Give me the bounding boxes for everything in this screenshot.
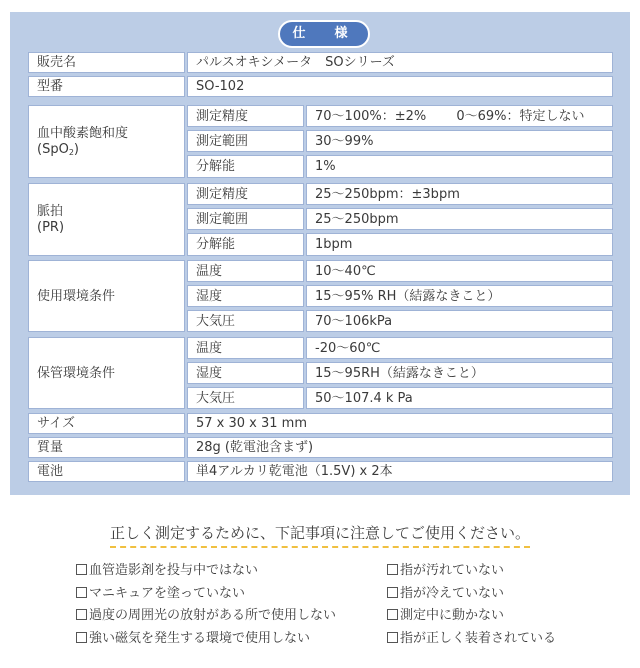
battery-label: 電池	[28, 461, 185, 482]
checklist-item: 強い磁気を発生する環境で使用しない	[76, 628, 336, 651]
spo2-label-line2: (SpO2)	[37, 142, 128, 158]
spec-title: 仕 様	[278, 20, 370, 48]
checklist-right: 指が汚れていない 指が冷えていない 測定中に動かない 指が正しく装着されている	[387, 560, 556, 650]
storage-temp-value: -20〜60℃	[306, 337, 613, 359]
pr-range-label: 測定範囲	[187, 208, 304, 230]
notice-text: 正しく測定するために、下記事項に注意してご使用ください。	[110, 524, 530, 548]
checklist-item: 指が冷えていない	[387, 583, 556, 606]
checkbox-icon	[387, 609, 398, 620]
model-value: SO-102	[187, 76, 613, 97]
operating-temp-value: 10〜40℃	[306, 260, 613, 282]
pr-label-line1: 脈拍	[37, 204, 64, 220]
operating-pressure-label: 大気圧	[187, 310, 304, 332]
checklist-item: 測定中に動かない	[387, 605, 556, 628]
battery-value: 単4アルカリ乾電池（1.5V) x 2本	[187, 461, 613, 482]
spo2-label-line1: 血中酸素飽和度	[37, 126, 128, 142]
weight-value: 28g (乾電池含まず)	[187, 437, 613, 458]
sales-name-label: 販売名	[28, 52, 185, 73]
storage-pressure-value: 50〜107.4 k Pa	[306, 387, 613, 409]
spo2-resolution-label: 分解能	[187, 155, 304, 178]
storage-pressure-label: 大気圧	[187, 387, 304, 409]
spo2-range-value: 30〜99%	[306, 130, 613, 152]
spo2-accuracy-value: 70〜100%：±2% 0〜69%：特定しない	[306, 105, 613, 127]
weight-label: 質量	[28, 437, 185, 458]
checkbox-icon	[76, 632, 87, 643]
sales-name-value: パルスオキシメータ SOシリーズ	[187, 52, 613, 73]
pr-resolution-label: 分解能	[187, 233, 304, 256]
pr-range-value: 25〜250bpm	[306, 208, 613, 230]
pr-label: 脈拍 (PR)	[28, 183, 185, 256]
operating-env-label: 使用環境条件	[28, 260, 185, 332]
pr-accuracy-value: 25〜250bpm：±3bpm	[306, 183, 613, 205]
checkbox-icon	[76, 609, 87, 620]
spo2-label: 血中酸素飽和度 (SpO2)	[28, 105, 185, 178]
pr-resolution-value: 1bpm	[306, 233, 613, 256]
spo2-accuracy-label: 測定精度	[187, 105, 304, 127]
storage-humidity-label: 湿度	[187, 362, 304, 384]
size-value: 57 x 30 x 31 mm	[187, 413, 613, 434]
operating-humidity-label: 湿度	[187, 285, 304, 307]
checkbox-icon	[76, 587, 87, 598]
size-label: サイズ	[28, 413, 185, 434]
operating-temp-label: 温度	[187, 260, 304, 282]
checklist-item: 血管造影剤を投与中ではない	[76, 560, 336, 583]
model-label: 型番	[28, 76, 185, 97]
storage-temp-label: 温度	[187, 337, 304, 359]
storage-env-label: 保管環境条件	[28, 337, 185, 409]
checklist-item: 指が汚れていない	[387, 560, 556, 583]
measurement-notice: 正しく測定するために、下記事項に注意してご使用ください。	[0, 522, 640, 543]
checkbox-icon	[387, 564, 398, 575]
checkbox-icon	[387, 632, 398, 643]
spo2-resolution-value: 1%	[306, 155, 613, 178]
checklist-item: 指が正しく装着されている	[387, 628, 556, 651]
operating-humidity-value: 15〜95% RH（結露なきこと）	[306, 285, 613, 307]
pr-accuracy-label: 測定精度	[187, 183, 304, 205]
checklist-item: 過度の周囲光の放射がある所で使用しない	[76, 605, 336, 628]
checkbox-icon	[76, 564, 87, 575]
checklist-item: マニキュアを塗っていない	[76, 583, 336, 606]
operating-pressure-value: 70〜106kPa	[306, 310, 613, 332]
pr-label-line2: (PR)	[37, 220, 64, 236]
checklist-left: 血管造影剤を投与中ではない マニキュアを塗っていない 過度の周囲光の放射がある所…	[76, 560, 336, 650]
storage-humidity-value: 15〜95RH（結露なきこと）	[306, 362, 613, 384]
spo2-range-label: 測定範囲	[187, 130, 304, 152]
checkbox-icon	[387, 587, 398, 598]
